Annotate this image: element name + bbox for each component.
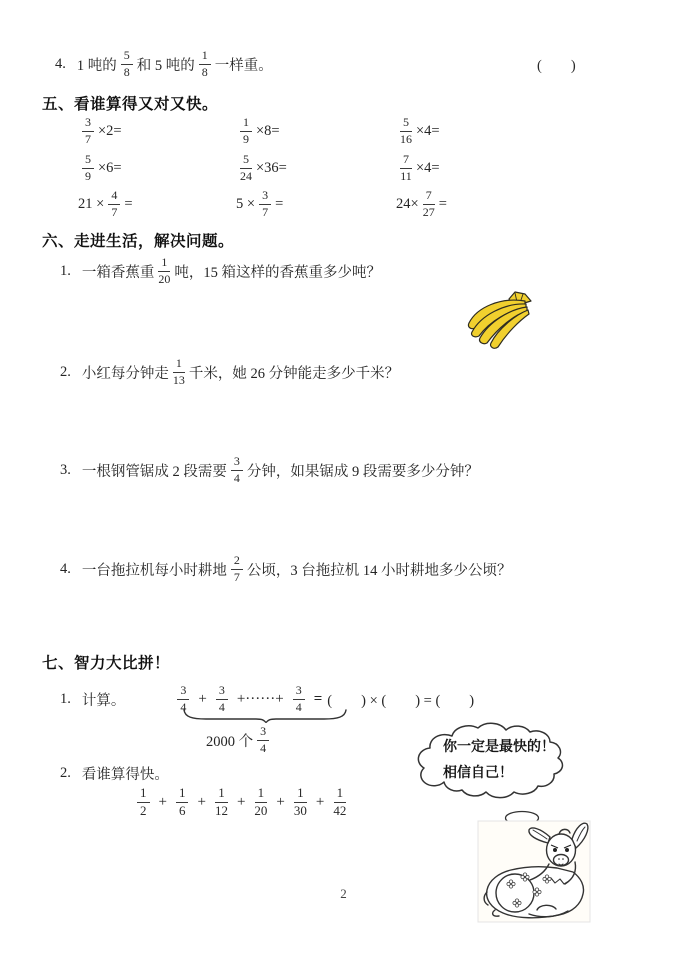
denominator: 13 bbox=[173, 373, 185, 388]
ellipsis-operator: +······+ bbox=[237, 691, 284, 708]
fraction: 18 bbox=[199, 49, 211, 80]
denominator: 7 bbox=[234, 570, 240, 585]
calc-post: = bbox=[124, 196, 132, 213]
calc-pre: 21 × bbox=[78, 196, 104, 213]
fraction: 16 bbox=[176, 786, 189, 819]
plus-operator: + bbox=[198, 691, 206, 708]
deer-illustration bbox=[477, 820, 603, 925]
fraction: 19 bbox=[240, 116, 252, 147]
numerator: 1 bbox=[199, 49, 211, 65]
numerator: 1 bbox=[240, 116, 252, 132]
denominator: 9 bbox=[243, 132, 249, 147]
brain-teaser-2: 2. 看谁算得快。 bbox=[60, 763, 169, 784]
fraction: 58 bbox=[121, 49, 133, 80]
question-text: 一样重。 bbox=[215, 54, 273, 75]
numerator: 2 bbox=[231, 554, 243, 570]
fraction: 27 bbox=[231, 554, 243, 585]
denominator: 6 bbox=[179, 803, 186, 819]
denominator: 11 bbox=[400, 169, 412, 184]
fraction: 130 bbox=[294, 786, 307, 819]
denominator: 16 bbox=[400, 132, 412, 147]
calc-item-6: 21 ×47= bbox=[78, 189, 133, 220]
problem-number: 2. bbox=[60, 364, 71, 381]
problem-label: 计算。 bbox=[82, 689, 126, 710]
fraction: 37 bbox=[82, 116, 94, 147]
problem-text: 千米，她 26 分钟能走多少千米？ bbox=[189, 362, 399, 383]
fraction: 37 bbox=[259, 189, 271, 220]
plus-operator: + bbox=[316, 794, 324, 811]
calc-post: ×36= bbox=[256, 160, 287, 177]
calc-pre: 5 × bbox=[236, 196, 255, 213]
deer-icon bbox=[477, 820, 603, 925]
denominator: 8 bbox=[202, 65, 208, 80]
fraction: 524 bbox=[240, 153, 252, 184]
numerator: 4 bbox=[108, 189, 120, 205]
calc-post: ×4= bbox=[416, 160, 440, 177]
fraction: 120 bbox=[254, 786, 267, 819]
fraction: 711 bbox=[400, 153, 412, 184]
question-text: 和 5 吨的 bbox=[137, 54, 195, 75]
denominator: 7 bbox=[111, 205, 117, 220]
bubble-line-2: 相信自己！ bbox=[443, 762, 513, 782]
denominator: 4 bbox=[234, 471, 240, 486]
denominator: 30 bbox=[294, 803, 307, 819]
calc-item-0: 37×2= bbox=[78, 116, 122, 147]
numerator: 5 bbox=[121, 49, 133, 65]
answer-blanks: ( ) × ( ) = ( ) bbox=[327, 689, 474, 710]
problem-text: 公顷，3 台拖拉机 14 小时耕地多少公顷？ bbox=[247, 559, 512, 580]
problem-number: 1. bbox=[60, 691, 71, 708]
denominator: 42 bbox=[333, 803, 346, 819]
numerator: 5 bbox=[400, 116, 412, 132]
answer-blank: ( ) bbox=[537, 54, 576, 75]
worksheet-page: 4. 1 吨的 58 和 5 吨的 18 一样重。 ( ) 五、看谁算得又对又快… bbox=[0, 0, 687, 971]
problem-text: 分钟，如果锯成 9 段需要多少分钟？ bbox=[247, 460, 479, 481]
page-number: 2 bbox=[0, 886, 687, 902]
numerator: 1 bbox=[255, 786, 268, 803]
numerator: 7 bbox=[400, 153, 412, 169]
underbrace-label: 2000 个 34 bbox=[206, 725, 273, 756]
fraction: 142 bbox=[333, 786, 346, 819]
problem-number: 1. bbox=[60, 263, 71, 280]
calc-item-5: 711×4= bbox=[396, 153, 440, 184]
numerator: 5 bbox=[82, 153, 94, 169]
denominator: 8 bbox=[124, 65, 130, 80]
problem-text: 吨，15 箱这样的香蕉重多少吨？ bbox=[174, 261, 381, 282]
cloud-icon bbox=[406, 716, 600, 806]
denominator: 20 bbox=[254, 803, 267, 819]
bubble-line-1: 你一定是最快的！ bbox=[443, 736, 555, 756]
numerator: 7 bbox=[423, 189, 435, 205]
calc-post: ×6= bbox=[98, 160, 122, 177]
numerator: 3 bbox=[82, 116, 94, 132]
numerator: 3 bbox=[177, 684, 189, 700]
numerator: 1 bbox=[215, 786, 228, 803]
fraction: 516 bbox=[400, 116, 412, 147]
question-number: 4. bbox=[55, 56, 66, 73]
numerator: 3 bbox=[257, 725, 269, 741]
problem-number: 4. bbox=[60, 561, 71, 578]
calc-post: ×4= bbox=[416, 123, 440, 140]
word-problem-4: 4. 一台拖拉机每小时耕地 27 公顷，3 台拖拉机 14 小时耕地多少公顷？ bbox=[60, 554, 512, 585]
word-problem-2: 2. 小红每分钟走 113 千米，她 26 分钟能走多少千米？ bbox=[60, 357, 399, 388]
plus-operator: + bbox=[237, 794, 245, 811]
denominator: 9 bbox=[85, 169, 91, 184]
question-text: 1 吨的 bbox=[77, 54, 117, 75]
calc-item-3: 59×6= bbox=[78, 153, 122, 184]
fraction: 120 bbox=[158, 256, 170, 287]
fraction: 34 bbox=[257, 725, 269, 756]
plus-operator: + bbox=[276, 794, 284, 811]
section5-title: 五、看谁算得又对又快。 bbox=[42, 92, 218, 114]
plus-operator: + bbox=[197, 794, 205, 811]
calc-pre: 24× bbox=[396, 196, 419, 213]
numerator: 1 bbox=[137, 786, 150, 803]
bananas-icon bbox=[465, 289, 541, 353]
numerator: 5 bbox=[240, 153, 252, 169]
denominator: 7 bbox=[85, 132, 91, 147]
problem-text: 一根钢管锯成 2 段需要 bbox=[82, 460, 227, 481]
problem-text: 一台拖拉机每小时耕地 bbox=[82, 559, 227, 580]
numerator: 1 bbox=[173, 357, 185, 373]
word-problem-3: 3. 一根钢管锯成 2 段需要 34 分钟，如果锯成 9 段需要多少分钟？ bbox=[60, 455, 479, 486]
denominator: 24 bbox=[240, 169, 252, 184]
plus-operator: + bbox=[159, 794, 167, 811]
fraction: 727 bbox=[423, 189, 435, 220]
fraction: 34 bbox=[231, 455, 243, 486]
denominator: 7 bbox=[262, 205, 268, 220]
calc-item-2: 516×4= bbox=[396, 116, 440, 147]
numerator: 1 bbox=[158, 256, 170, 272]
thought-bubble: 你一定是最快的！ 相信自己！ bbox=[406, 716, 600, 806]
problem-number: 2. bbox=[60, 765, 71, 782]
denominator: 12 bbox=[215, 803, 228, 819]
underbrace-icon bbox=[182, 709, 348, 723]
question-4-true-false: 4. 1 吨的 58 和 5 吨的 18 一样重。 bbox=[55, 49, 273, 80]
calc-item-1: 19×8= bbox=[236, 116, 280, 147]
fraction-sum-expression: 12 + 16 + 112 + 120 + 130 + 142 bbox=[133, 786, 350, 819]
problem-number: 3. bbox=[60, 462, 71, 479]
calc-post: = bbox=[439, 196, 447, 213]
numerator: 3 bbox=[216, 684, 228, 700]
fraction: 113 bbox=[173, 357, 185, 388]
word-problem-1: 1. 一箱香蕉重 120 吨，15 箱这样的香蕉重多少吨？ bbox=[60, 256, 381, 287]
problem-text: 一箱香蕉重 bbox=[82, 261, 155, 282]
calc-item-7: 5 ×37= bbox=[236, 189, 283, 220]
problem-text: 小红每分钟走 bbox=[82, 362, 169, 383]
numerator: 3 bbox=[231, 455, 243, 471]
calc-item-8: 24×727= bbox=[396, 189, 447, 220]
underbrace bbox=[182, 709, 348, 723]
denominator: 20 bbox=[158, 272, 170, 287]
fraction: 12 bbox=[137, 786, 150, 819]
problem-label: 看谁算得快。 bbox=[82, 763, 169, 784]
count-text: 2000 个 bbox=[206, 730, 253, 751]
bananas-illustration bbox=[465, 289, 541, 353]
fraction: 112 bbox=[215, 786, 228, 819]
calc-post: ×8= bbox=[256, 123, 280, 140]
denominator: 27 bbox=[423, 205, 435, 220]
numerator: 1 bbox=[176, 786, 189, 803]
numerator: 3 bbox=[293, 684, 305, 700]
section6-title: 六、走进生活，解决问题。 bbox=[42, 229, 234, 251]
calc-item-4: 524×36= bbox=[236, 153, 287, 184]
calc-post: ×2= bbox=[98, 123, 122, 140]
fraction: 47 bbox=[108, 189, 120, 220]
numerator: 3 bbox=[259, 189, 271, 205]
calc-post: = bbox=[275, 196, 283, 213]
equals-operator: = bbox=[314, 691, 323, 708]
numerator: 1 bbox=[294, 786, 307, 803]
fraction: 59 bbox=[82, 153, 94, 184]
denominator: 2 bbox=[140, 803, 147, 819]
section7-title: 七、智力大比拼！ bbox=[42, 651, 170, 673]
numerator: 1 bbox=[334, 786, 347, 803]
denominator: 4 bbox=[260, 741, 266, 756]
